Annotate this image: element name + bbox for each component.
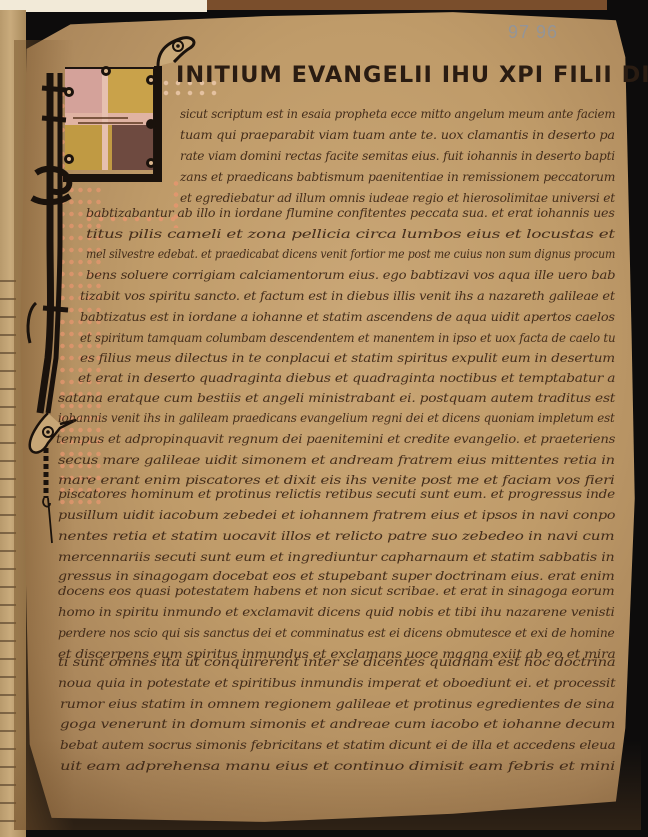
text-line: bens soluere corrigiam calciamentorum ei… — [86, 267, 615, 282]
text-line: noua quia in potestate et spiritibus inm… — [58, 675, 615, 690]
text-line: mercennariis secuti sunt eum et ingrediu… — [58, 549, 614, 564]
text-line: satana eratque cum bestiis et angeli min… — [58, 390, 615, 405]
text-line: et spiritum tamquam columbam descendente… — [80, 330, 615, 345]
text-line: uit eam adprehensa manu eius et continuo… — [60, 758, 615, 773]
text-line: pusillum uidit iacobum zebedei et iohann… — [58, 507, 615, 522]
text-line: bebat autem socrus simonis febricitans e… — [60, 737, 615, 752]
text-line: iohannis venit ihs in galileam praedican… — [58, 410, 615, 425]
text-line: gressus in sinagogam docebat eos et stup… — [58, 568, 615, 583]
text-line: docens eos quasi potestatem habens et no… — [58, 583, 614, 598]
text-line: piscatores hominum et protinus relictis … — [58, 486, 615, 501]
text-line: et erat in deserto quadraginta diebus et… — [78, 370, 615, 385]
text-line: ti sunt omnes ita ut conquirerent inter … — [58, 654, 616, 669]
text-line: tuam qui praeparabit viam tuam ante te. … — [180, 127, 615, 142]
incipit-heading: INITIUM EVANGELII IHU XPI FILII DI — [176, 63, 648, 88]
text-line: goga venerunt in domum simonis et andrea… — [60, 716, 615, 731]
text-line: tempus et adpropinquavit regnum dei paen… — [56, 431, 615, 446]
manuscript-text: INITIUM EVANGELII IHU XPI FILII DI sicut… — [0, 0, 648, 837]
text-line: rate viam domini rectas facite semitas e… — [180, 148, 615, 163]
text-line: et egrediebatur ad illum omnis iudeae re… — [180, 190, 615, 205]
text-line: babtizabantur ab illo in iordane flumine… — [86, 205, 615, 220]
text-line: secus mare galileae uidit simonem et and… — [58, 452, 615, 467]
text-line: zans et praedicans babtismum paenitentia… — [180, 169, 615, 184]
text-line: sicut scriptum est in esaia propheta ecc… — [180, 106, 615, 121]
text-line: babtizatus est in iordane a iohanne et s… — [80, 309, 615, 324]
text-line: mare erant enim piscatores et dixit eis … — [58, 472, 615, 487]
text-line: rumor eius statim in omnem regionem gali… — [60, 696, 615, 711]
text-line: mel silvestre edebat. et praedicabat dic… — [86, 246, 615, 261]
text-line: homo in spiritu inmundo et exclamavit di… — [58, 604, 615, 619]
text-line: titus pilis cameli et zona pellicia circ… — [86, 226, 615, 241]
text-line: nentes retia et statim uocavit illos et … — [58, 528, 614, 543]
text-line: es filius meus dilectus in te conplacui … — [80, 350, 615, 365]
text-line: tizabit vos spiritu sancto. et factum es… — [80, 288, 615, 303]
text-line: perdere nos scio qui sis sanctus dei et … — [58, 625, 615, 640]
